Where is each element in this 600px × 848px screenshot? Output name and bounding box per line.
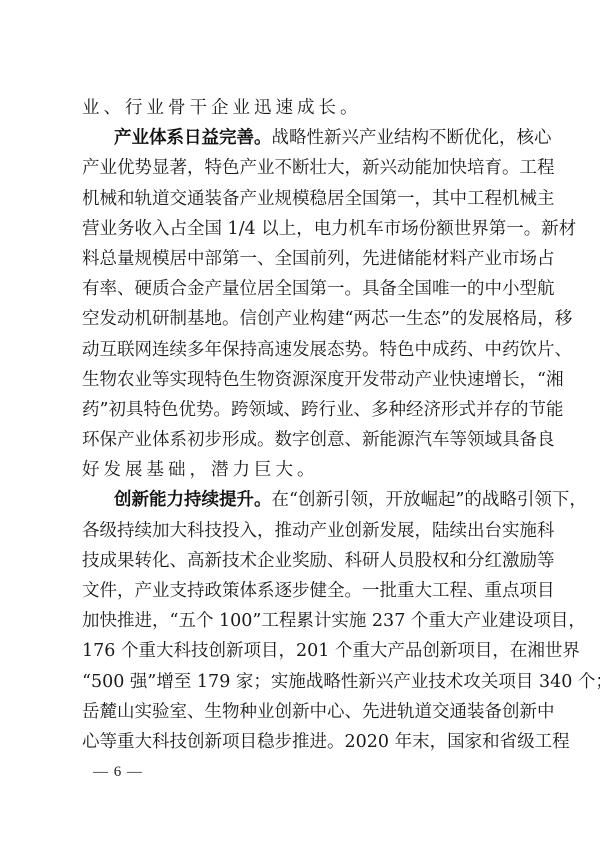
paragraph-first-line: 产业体系日益完善。战略性新兴产业结构不断优化，核心 xyxy=(82,123,522,153)
text-line: 有率、硬质合金产量位居全国第一。具备全国唯一的中小型航 xyxy=(82,274,522,304)
text-line: 药”初具特色优势。跨领域、跨行业、多种经济形式并存的节能 xyxy=(82,395,522,425)
text-line: 产业优势显著，特色产业不断壮大，新兴动能加快培育。工程 xyxy=(82,153,522,183)
text-line: 176 个重大科技创新项目，201 个重大产品创新项目，在湘世界 xyxy=(82,636,522,666)
paragraph-heading: 产业体系日益完善。 xyxy=(114,128,272,148)
text-line: 好发展基础，潜力巨大。 xyxy=(82,455,522,485)
text-line: 文件，产业支持政策体系逐步健全。一批重大工程、重点项目 xyxy=(82,576,522,606)
document-page: 业、行业骨干企业迅速成长。 产业体系日益完善。战略性新兴产业结构不断优化，核心 … xyxy=(0,0,600,848)
text-line: 环保产业体系初步形成。数字创意、新能源汽车等领域具备良 xyxy=(82,425,522,455)
text-line: 各级持续加大科技投入，推动产业创新发展，陆续出台实施科 xyxy=(82,516,522,546)
paragraph-heading: 创新能力持续提升。 xyxy=(114,490,272,510)
text-run: 在“创新引领，开放崛起”的战略引领下， xyxy=(272,490,587,510)
text-line: 生物农业等实现特色生物资源深度开发带动产业快速增长，“湘 xyxy=(82,365,522,395)
text-line: 技成果转化、高新技术企业奖励、科研人员股权和分红激励等 xyxy=(82,546,522,576)
text-line: 动互联网连续多年保持高速发展态势。特色中成药、中药饮片、 xyxy=(82,335,522,365)
paragraph-first-line: 创新能力持续提升。在“创新引领，开放崛起”的战略引领下， xyxy=(82,485,522,515)
page-number: — 6 — xyxy=(93,764,143,781)
text-line: 业、行业骨干企业迅速成长。 xyxy=(82,93,522,123)
text-run: 战略性新兴产业结构不断优化，核心 xyxy=(272,128,552,148)
text-line: 营业务收入占全国 1/4 以上，电力机车市场份额世界第一。新材 xyxy=(82,214,522,244)
text-line: 机械和轨道交通装备产业规模稳居全国第一，其中工程机械主 xyxy=(82,184,522,214)
text-line: 料总量规模居中部第一、全国前列，先进储能材料产业市场占 xyxy=(82,244,522,274)
text-line: 心等重大科技创新项目稳步推进。2020 年末，国家和省级工程 xyxy=(82,727,522,757)
text-line: 空发动机研制基地。信创产业构建“两芯一生态”的发展格局，移 xyxy=(82,304,522,334)
text-line: “500 强”增至 179 家；实施战略性新兴产业技术攻关项目 340 个； xyxy=(82,667,522,697)
body-text: 业、行业骨干企业迅速成长。 产业体系日益完善。战略性新兴产业结构不断优化，核心 … xyxy=(82,93,522,757)
text-line: 岳麓山实验室、生物种业创新中心、先进轨道交通装备创新中 xyxy=(82,697,522,727)
text-line: 加快推进，“五个 100”工程累计实施 237 个重大产业建设项目， xyxy=(82,606,522,636)
